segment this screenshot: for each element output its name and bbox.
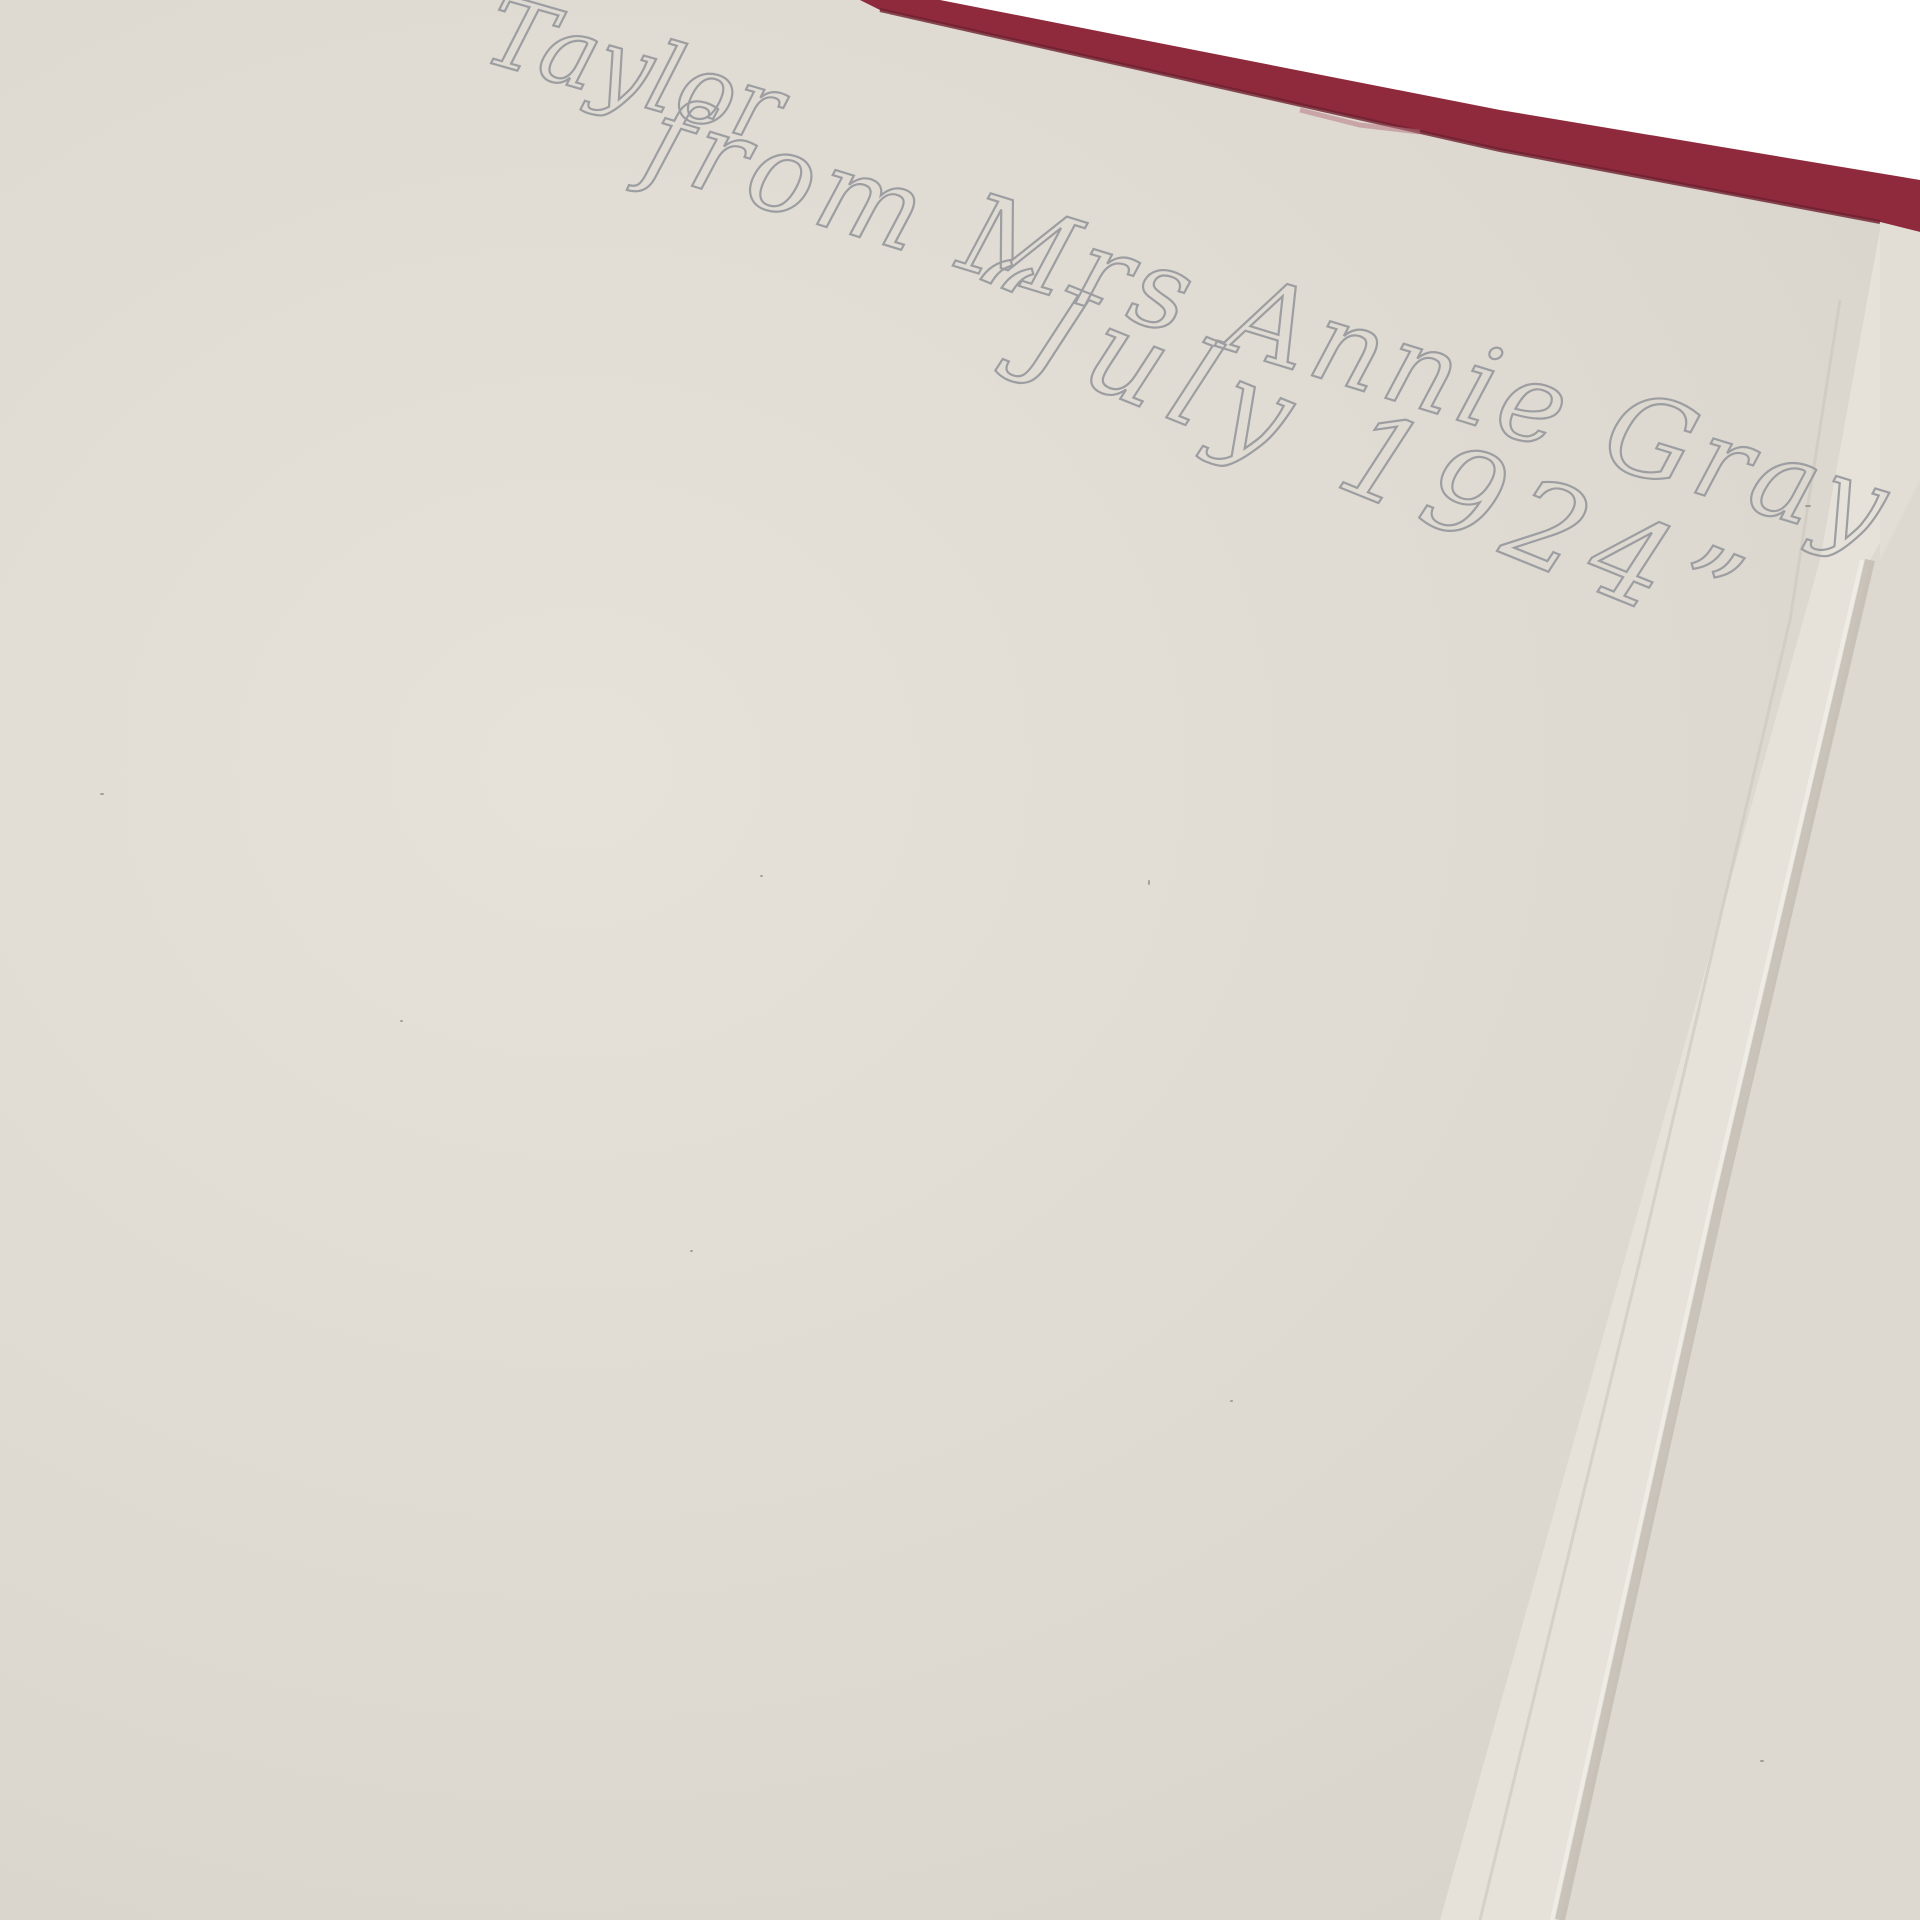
paper-speck	[690, 1250, 693, 1252]
inscription-line-2: from Mrs Annie Gray	[626, 70, 1908, 573]
paper-speck	[1805, 505, 1811, 507]
book-endpaper-photo: Taylor from Mrs Annie Gray “July 1924” T…	[0, 0, 1920, 1920]
paper-speck	[400, 1020, 403, 1022]
paper-speck	[1230, 1400, 1233, 1402]
paper-speck	[760, 875, 763, 877]
paper-speck	[100, 793, 104, 795]
pencil-inscription: Taylor from Mrs Annie Gray “July 1924”	[0, 0, 1920, 1920]
paper-speck	[1760, 1760, 1764, 1762]
paper-speck	[1148, 880, 1150, 885]
